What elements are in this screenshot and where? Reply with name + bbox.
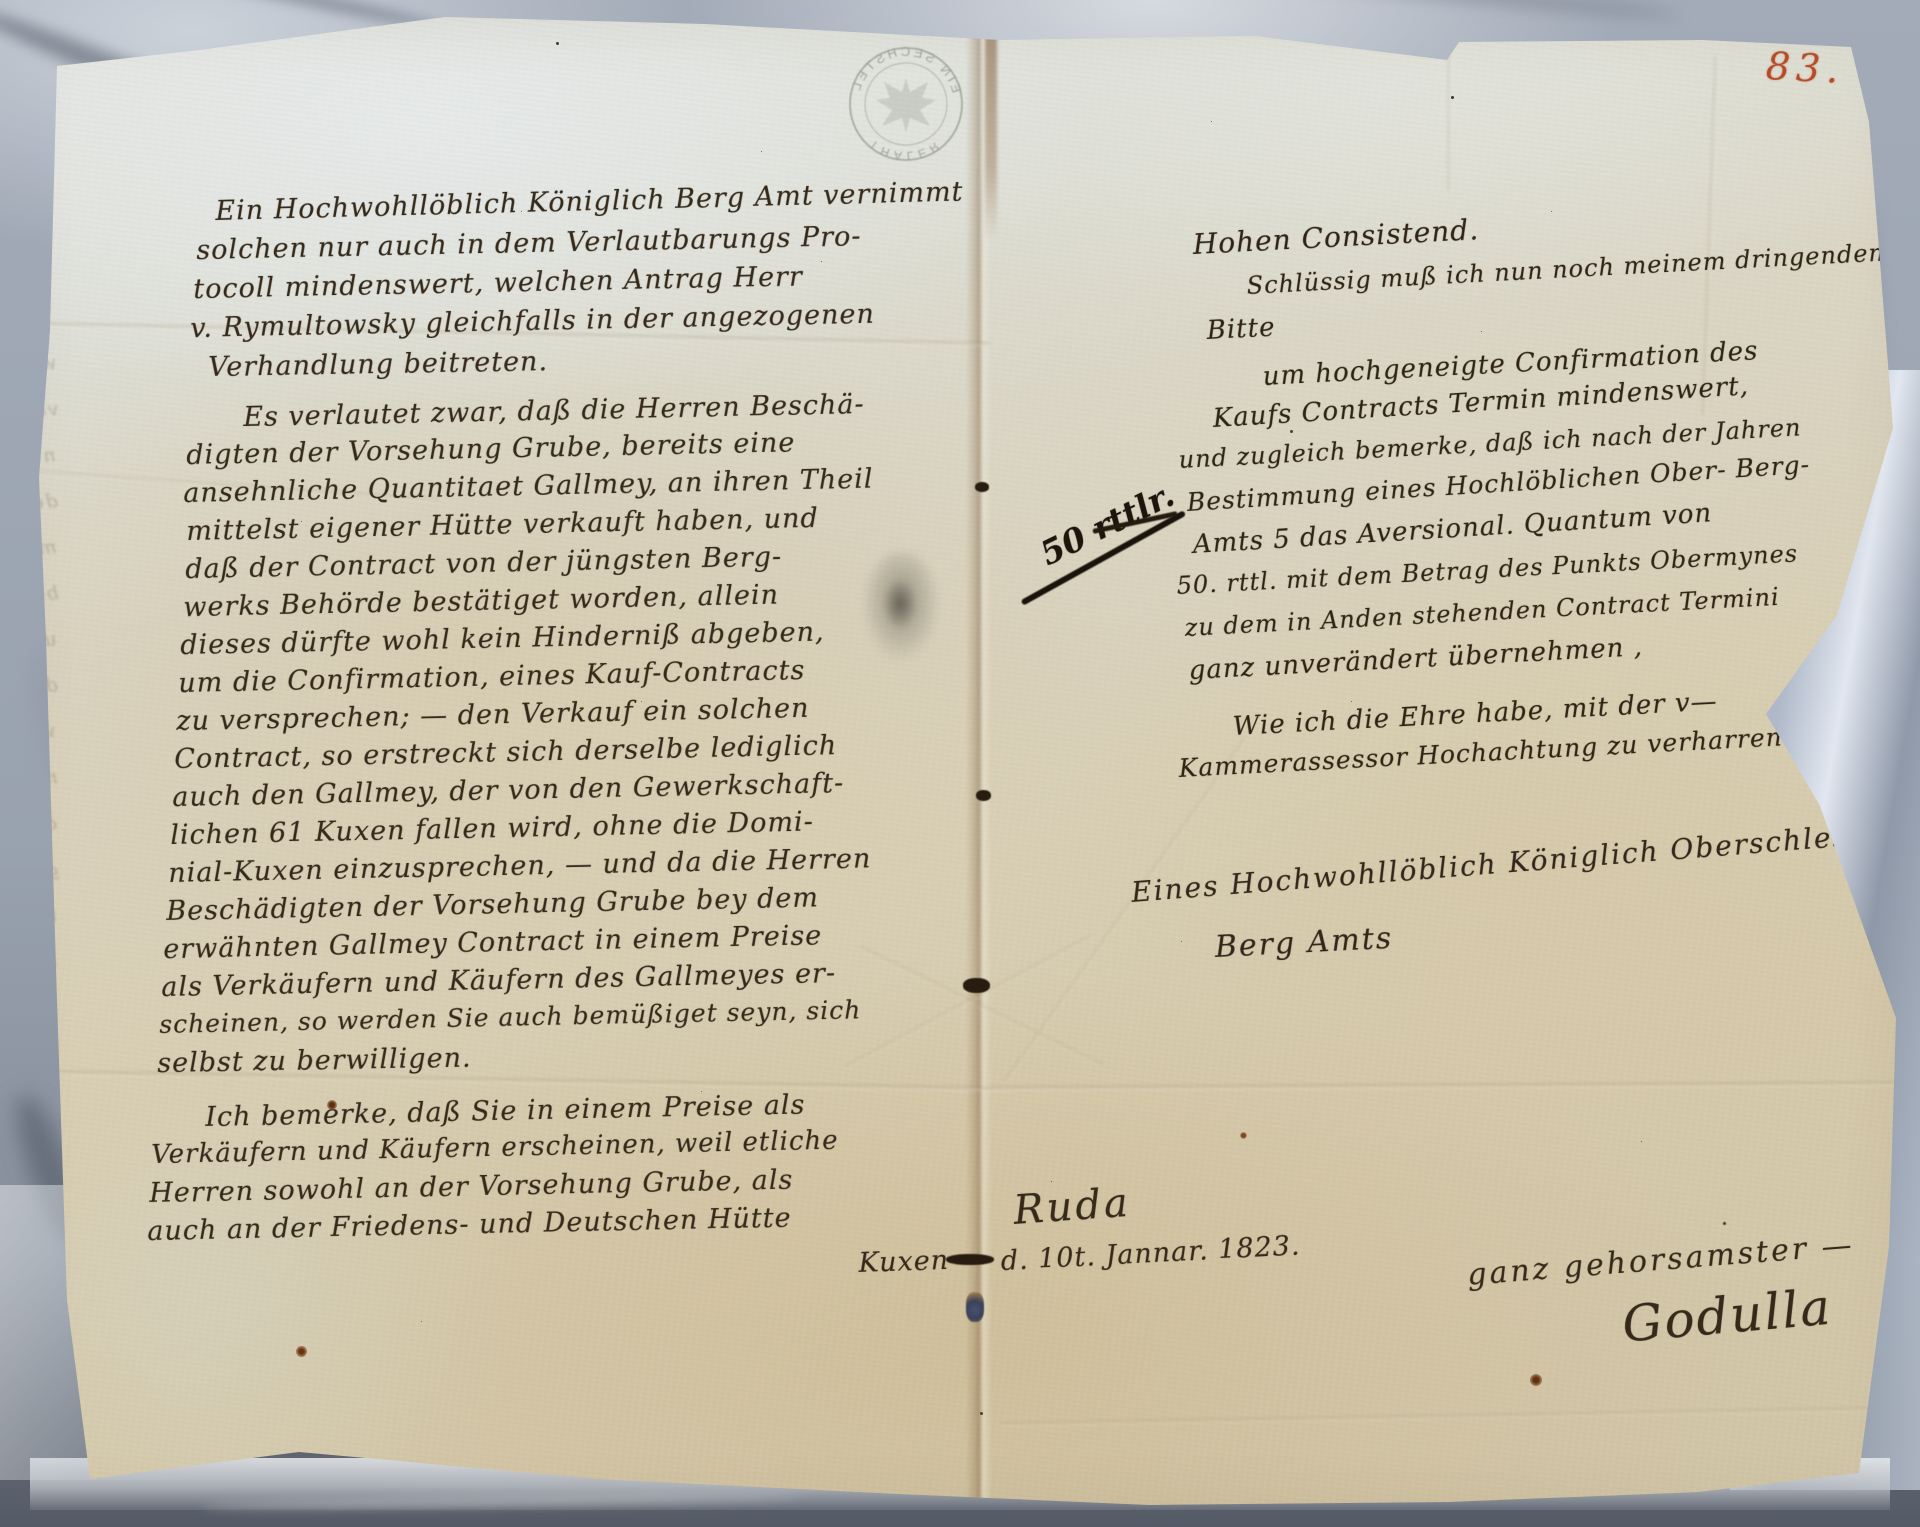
handwritten-line: ganz unverändert übernehmen , — [1188, 632, 1644, 686]
revenue-stamp-seal: EIN SECHSTEL THALER — [836, 34, 976, 174]
signature: Godulla — [1620, 1278, 1834, 1354]
red-folio-number: 83. — [1765, 44, 1846, 92]
handwritten-line: lichen 61 Kuxen fallen wird, ohne die Do… — [170, 807, 814, 851]
showthrough-line: der uns ge — [0, 490, 58, 518]
handwritten-line: Eines Hochwohllöblich Königlich Oberschl… — [1130, 811, 1920, 908]
handwritten-line: daß der Contract von der jüngsten Berg- — [185, 541, 782, 584]
handwritten-line: Es verlautet zwar, daß die Herren Beschä… — [243, 389, 865, 433]
handwritten-line: erwähnten Gallmey Contract in einem Prei… — [163, 920, 823, 965]
stitch-mark — [963, 978, 990, 993]
showthrough-line: mnn der ge — [0, 950, 58, 979]
stitch-mark — [976, 790, 991, 801]
stitch-mark — [946, 1254, 994, 1265]
rust-spot — [296, 1346, 307, 1357]
handwritten-line: ansehnliche Quantitaet Gallmey, an ihren… — [183, 464, 874, 509]
handwritten-line: Bitte — [1206, 312, 1276, 346]
showthrough-line: nm der uns — [0, 1042, 59, 1071]
double-eagle-icon — [876, 78, 936, 132]
showthrough-line: im und der — [0, 904, 57, 933]
handwritten-line: mittelst eigener Hütte verkauft haben, u… — [186, 503, 819, 547]
photograph-of-historical-letter: EIN SECHSTEL THALER 83. wnd mir imver de… — [0, 0, 1920, 1527]
vertical-crease — [1447, 40, 1452, 190]
handwritten-line: Herren sowohl an der Vorsehung Grube, al… — [149, 1165, 794, 1209]
showthrough-line: dns mir ge — [0, 674, 58, 702]
rust-spot — [1240, 1132, 1247, 1139]
dust-specks — [0, 0, 3, 3]
handwritten-line: scheinen, so werden Sie auch bemüßiget s… — [159, 995, 862, 1039]
rust-spot — [1530, 1374, 1542, 1386]
showthrough-line: ben dem vn — [0, 582, 59, 611]
handwritten-line: digten der Vorsehung Grube, bereits eine — [186, 427, 796, 471]
handwritten-line: Verkäufern und Käufern erscheinen, weil … — [151, 1126, 839, 1170]
handwritten-line: um die Confirmation, eines Kauf-Contract… — [178, 655, 806, 699]
handwritten-line: selbst zu berwilligen. — [157, 1043, 472, 1079]
handwritten-line: Verhandlung beitreten. — [208, 346, 548, 383]
marble-vein — [1180, 0, 1679, 24]
horizontal-crease — [1000, 1407, 1880, 1427]
ink-smudge-core — [884, 580, 916, 628]
handwritten-line: auch den Gallmey, der von den Gewerkscha… — [172, 768, 844, 813]
rust-spot — [327, 1100, 337, 1110]
showthrough-line: ver dem An — [0, 398, 59, 427]
fold-hole — [966, 1292, 984, 1322]
dateline-date: d. 10t. Jannar. 1823. — [1000, 1230, 1301, 1277]
handwritten-line: Berg Amts — [1214, 921, 1394, 965]
handwritten-line: Ein Hochwohllöblich Königlich Berg Amt v… — [215, 176, 964, 227]
showthrough-line: und dns wm — [0, 996, 57, 1025]
horizontal-crease — [990, 1081, 1900, 1091]
handwritten-line: Contract, so erstreckt sich derselbe led… — [174, 730, 838, 775]
dateline-place: Ruda — [1012, 1180, 1132, 1234]
handwritten-line: zu versprechen; — den Verkauf ein solche… — [176, 693, 810, 737]
showthrough-line: der nm wnd — [0, 812, 57, 841]
handwritten-line: als Verkäufern und Käufern des Gallmeyes… — [161, 958, 836, 1003]
letter-paper: EIN SECHSTEL THALER 83. wnd mir imver de… — [0, 0, 1920, 1527]
handwritten-line: Ich bemerke, daß Sie in einem Preise als — [205, 1089, 806, 1133]
showthrough-line: und der nm — [0, 628, 57, 657]
showthrough-line: wnd mir im — [0, 352, 57, 381]
handwritten-line: Beschädigten der Vorsehung Grube bey dem — [166, 882, 819, 927]
handwritten-line: tocoll mindenswert, welchen Antrag Herr — [193, 261, 803, 305]
handwritten-line: auch an der Friedens- und Deutschen Hütt… — [147, 1203, 792, 1247]
stitch-mark — [975, 482, 989, 492]
handwritten-line: Kuxen — [858, 1245, 950, 1279]
showthrough-line: nuo dnim w — [0, 444, 56, 473]
showthrough-line: mit dnn mw — [0, 536, 57, 565]
handwritten-line: nial-Kuxen einzusprechen, — und da die H… — [168, 843, 872, 889]
handwritten-line: solchen nur auch in dem Verlautbarungs P… — [196, 221, 862, 266]
handwritten-line: Hohen Consistend. — [1192, 213, 1480, 261]
handwritten-line: werks Behörde bestätiget worden, allein — [183, 580, 779, 623]
showthrough-line: ges mir dn — [0, 858, 59, 886]
handwritten-line: dieses dürfte wohl kein Hinderniß abgebe… — [180, 617, 825, 661]
fold-tear-top — [985, 0, 997, 240]
